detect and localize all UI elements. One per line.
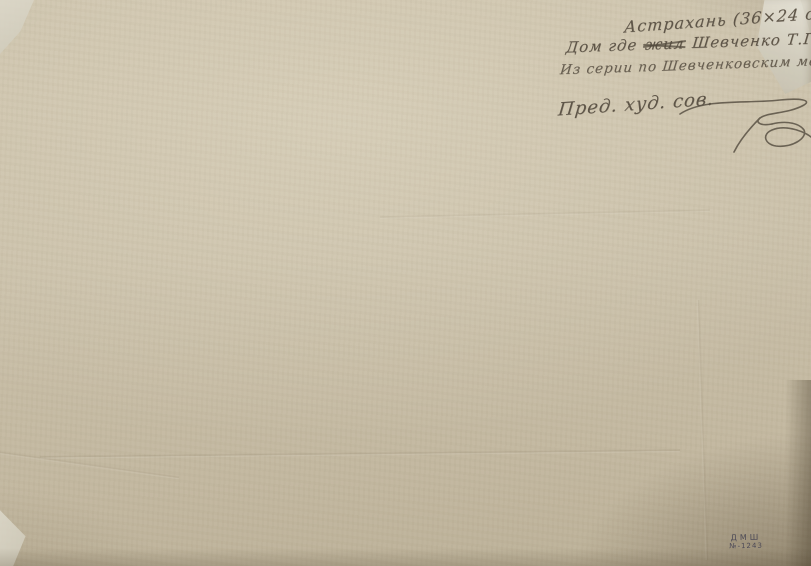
tape-remnant-top-left [0,0,34,60]
caption-suffix: Шевченко Т.Г. [691,30,811,53]
approval-inscription: Пред. худ. сов. [557,88,715,120]
crease-line [696,300,709,560]
edge-shadow-bottom [0,548,811,566]
artwork-verso-photo: Астрахань (36×24 см) Дом где жил Шевченк… [0,0,811,566]
caption-prefix: Дом где [565,36,638,57]
crease-line [40,449,680,460]
paper-grain-texture [0,0,811,566]
inscription-series-line: Из серии по Шевченковским местам [559,52,811,79]
edge-shadow-right [785,380,811,566]
inventory-stamp: ДМШ №-1243 [718,533,774,551]
crease-line [0,448,179,480]
crease-line [380,209,710,220]
stamp-number: №-1243 [718,542,774,551]
paper-sheet: Астрахань (36×24 см) Дом где жил Шевченк… [0,0,811,566]
tape-remnant-bottom-left [0,504,44,566]
scribbled-out-word: жил [644,34,685,53]
inscription-caption-line: Дом где жил Шевченко Т.Г. [565,30,811,57]
